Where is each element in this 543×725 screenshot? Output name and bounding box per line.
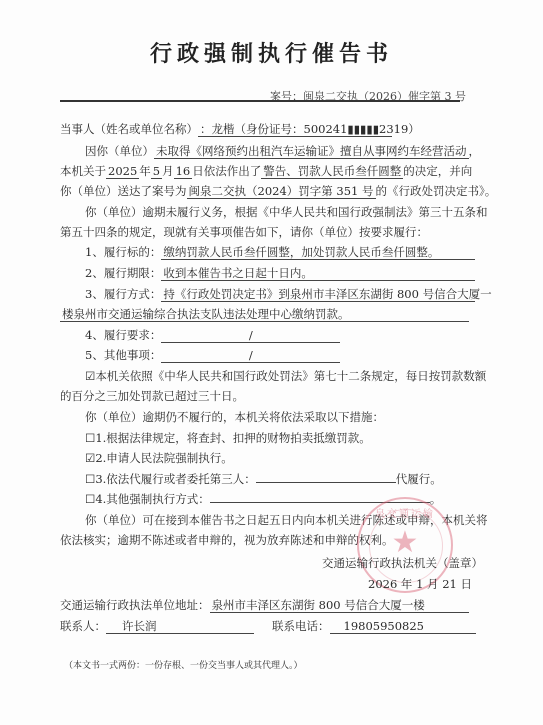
measures-intro: 你（单位）逾期仍不履行的，本机关将依法采取以下措施：: [85, 409, 384, 425]
measure-option-1: ☐1.根据法律规定，将查封、扣押的财物拍卖抵缴罚款。: [85, 430, 371, 446]
item-3-cont: 楼泉州市交通运输综合执法支队违法处理中心缴纳罚款。: [60, 306, 469, 322]
measure-1-checkbox[interactable]: ☐: [85, 431, 95, 445]
measure-3-checkbox[interactable]: ☐: [85, 472, 95, 486]
measure-3-blank[interactable]: [256, 482, 396, 483]
measure-1-text: 1.根据法律规定，将查封、扣押的财物拍卖抵缴罚款。: [95, 431, 370, 445]
para1-line3-suffix: 的《行政处罚决定书》。: [376, 184, 497, 198]
item-2: 2、履行期限：收到本催告书之日起十日内。: [85, 265, 475, 281]
measure-2-text: 2.申请人民法院强制执行。: [95, 451, 232, 465]
measure-2-checkbox[interactable]: ☑: [85, 451, 95, 465]
item-1-label: 1、履行标的：: [85, 245, 161, 259]
item-3-value: 持《行政处罚决定书》到泉州市丰泽区东湖街 800 号信合大厦一: [161, 287, 475, 302]
phone-value: 19805950825: [330, 619, 476, 634]
address-line: 交通运输行政执法单位地址：泉州市丰泽区东湖街 800 号信合大厦一楼: [60, 597, 469, 613]
late-penalty-line2: 的百分之三加处罚款已超过三十日。: [60, 388, 244, 404]
measure-4-suffix: 。: [430, 492, 442, 506]
month-suffix: 月: [162, 164, 174, 178]
address-value: 泉州市丰泽区东湖街 800 号信合大厦一楼: [210, 598, 469, 613]
item-2-label: 2、履行期限：: [85, 266, 161, 280]
measure-option-2: ☑2.申请人民法院强制执行。: [85, 450, 233, 466]
para1-line2-prefix: 本机关于: [60, 164, 106, 178]
signature-date: 2026 年 1 月 21 日: [368, 576, 472, 592]
violation-text: 未取得《网络预约出租汽车运输证》擅自从事网约车经营活动: [154, 144, 469, 159]
authority-signature: 交通运输行政执法机关（盖章）: [322, 555, 483, 571]
item-3-value-cont: 楼泉州市交通运输综合执法支队违法处理中心缴纳罚款。: [60, 307, 469, 322]
para1-prefix: 因你（单位）: [85, 144, 154, 158]
item-3: 3、履行方式：持《行政处罚决定书》到泉州市丰泽区东湖街 800 号信合大厦一: [85, 286, 475, 302]
late-penalty-checkbox[interactable]: ☑: [85, 369, 95, 383]
party-line: 当事人（姓名或单位名称）：龙楷（身份证号：500241▮▮▮▮▮2319）: [60, 121, 392, 137]
header-rule: [60, 100, 460, 102]
decision-case-number: 闽泉二交执（2024）罚字第 351 号: [187, 184, 376, 199]
contact-person-value: 许长润: [106, 619, 254, 634]
stamp-text: 泉交通运输: [359, 505, 451, 520]
item-5: 5、其他事项：/: [85, 347, 340, 363]
decision-year: 2025: [106, 164, 139, 179]
item-5-label: 5、其他事项：: [85, 348, 161, 362]
item-5-value: /: [161, 348, 340, 363]
measure-3-suffix: 代履行。: [396, 472, 442, 486]
day-suffix: 日依法作出了: [192, 164, 261, 178]
late-penalty-line1: ☑本机关依照《中华人民共和国行政处罚法》第七十二条规定，每日按罚款数额: [85, 368, 486, 384]
contact-person-label: 联系人：: [60, 619, 106, 633]
measure-4-checkbox[interactable]: ☐: [85, 492, 95, 506]
item-3-label: 3、履行方式：: [85, 287, 161, 301]
party-label: 当事人（姓名或单位名称）: [60, 122, 198, 136]
party-value: ：龙楷（身份证号：500241▮▮▮▮▮2319）: [198, 122, 392, 137]
para1-line1: 因你（单位）未取得《网络预约出租汽车运输证》擅自从事网约车经营活动，: [85, 143, 480, 159]
footnote: （本文书一式两份：一份存根、一份交当事人或其代理人。）: [64, 658, 303, 674]
item-1-value: 缴纳罚款人民币叁仟圆整，加处罚款人民币叁仟圆整。: [161, 245, 475, 260]
address-label: 交通运输行政执法单位地址：: [60, 598, 210, 612]
document-title: 行政强制执行催告书: [0, 37, 543, 68]
decision-content: 警告、罚款人民币叁仟圆整: [261, 164, 403, 179]
late-penalty-text: 本机关依照《中华人民共和国行政处罚法》第七十二条规定，每日按罚款数额: [95, 369, 486, 383]
para1-line2-suffix: 的决定，并向: [403, 164, 472, 178]
measure-3-text: 3.依法代履行或者委托第三人：: [95, 472, 255, 486]
item-4-value: /: [161, 328, 340, 343]
item-1: 1、履行标的：缴纳罚款人民币叁仟圆整，加处罚款人民币叁仟圆整。: [85, 244, 475, 260]
measure-option-3: ☐3.依法代履行或者委托第三人：代履行。: [85, 471, 442, 487]
item-4: 4、履行要求：/: [85, 327, 340, 343]
para2-line2: 第五十四条的规定，现就有关事项催告如下，请你（单位）按要求履行：: [60, 224, 428, 240]
para1-line3: 你（单位）送达了案号为闽泉二交执（2024）罚字第 351 号的《行政处罚决定书…: [60, 183, 496, 199]
decision-day: 16: [174, 164, 193, 179]
para1-line2: 本机关于2025年5月16日依法作出了警告、罚款人民币叁仟圆整的决定，并向: [60, 163, 472, 179]
para2-line1: 你（单位）逾期未履行义务，根据《中华人民共和国行政强制法》第三十五条和: [85, 204, 488, 220]
rights-line2: 依法核实；逾期不陈述或者申辩的，视为放弃陈述和申辩的权利。: [60, 532, 394, 548]
document-page: 行政强制执行催告书 案号：闽泉二交执（2026）催字第 3 号 当事人（姓名或单…: [0, 0, 543, 725]
year-suffix: 年: [139, 164, 151, 178]
measure-4-text: 4.其他强制执行方式：: [95, 492, 209, 506]
item-2-value: 收到本催告书之日起十日内。: [161, 266, 475, 281]
phone-label: 联系电话：: [272, 619, 330, 633]
contact-line: 联系人：许长润: [60, 618, 254, 634]
para1-line3-prefix: 你（单位）送达了案号为: [60, 184, 187, 198]
para1-comma: ，: [469, 144, 481, 158]
item-4-label: 4、履行要求：: [85, 328, 161, 342]
phone-line: 联系电话：19805950825: [272, 618, 476, 634]
decision-month: 5: [151, 164, 162, 179]
